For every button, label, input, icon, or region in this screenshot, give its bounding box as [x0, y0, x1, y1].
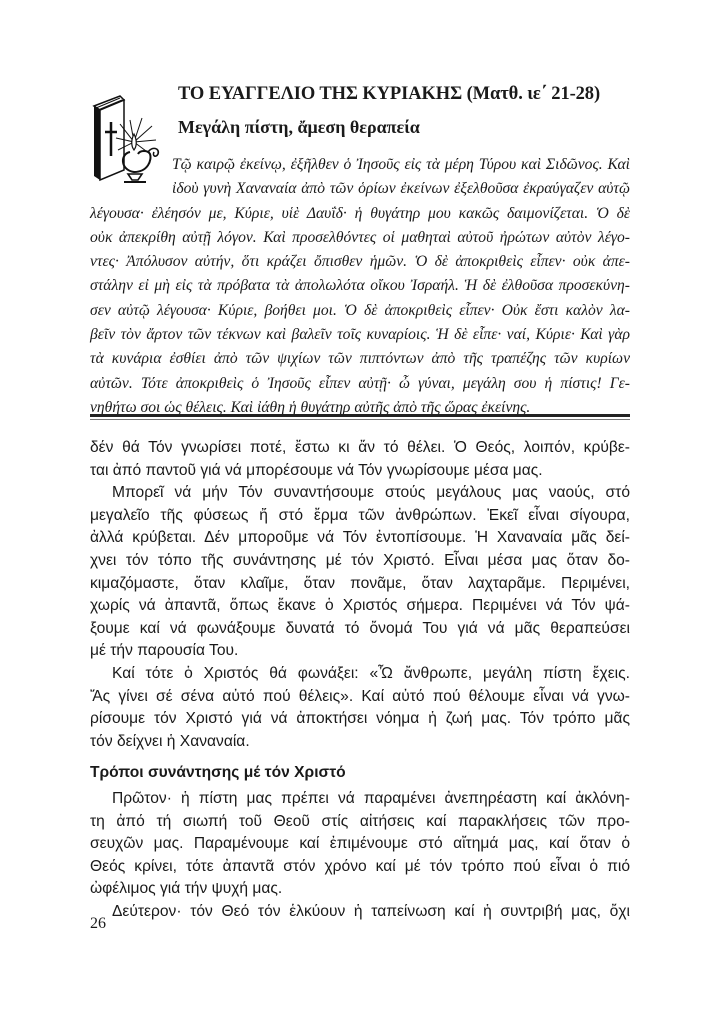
gospel-line: Τῷ καιρῷ ἐκείνῳ, ἐξῆλθεν ὁ Ἰησοῦς εἰς τὰ… [90, 153, 630, 177]
section-divider-thick [90, 414, 630, 417]
body-line: Πρῶτον· ἡ πίστη μας πρέπει νά παραμένει … [90, 788, 630, 811]
body-line: μεγαλεῖο τῆς φύσεως ἤ στό ἔρμα τῶν ἀνθρώ… [90, 505, 630, 528]
body-line: ὠφέλιμος γιά τήν ψυχή μας. [90, 878, 630, 901]
body-line: Θεός κρίνει, τότε ἀπαντᾶ στόν χρόνο καί … [90, 856, 630, 879]
body-line: χνει τόν τόπο τῆς συνάντησης μέ τόν Χρισ… [90, 550, 630, 573]
body-line: σευχῶν μας. Παραμένουμε καί ἐπιμένουμε σ… [90, 833, 630, 856]
page-subtitle: Μεγάλη πίστη, ἄμεση θεραπεία [178, 117, 420, 138]
body-line: Μπορεῖ νά μήν Τόν συναντήσουμε στούς μεγ… [90, 482, 630, 505]
gospel-reading-text: Τῷ καιρῷ ἐκείνῳ, ἐξῆλθεν ὁ Ἰησοῦς εἰς τὰ… [90, 153, 630, 420]
gospel-line: οὐκ ἀπεκρίθη αὐτῇ λόγον. Καὶ προσελθόντε… [90, 226, 630, 250]
book-page: ΤΟ ΕΥΑΓΓΕΛΙΟ ΤΗΣ ΚΥΡΙΑΚΗΣ (Ματθ. ιε΄ 21-… [0, 0, 718, 1024]
body-line: μέ τήν παρουσία Του. [90, 640, 630, 663]
gospel-line: τὰ κυνάρια ἐσθίει ἀπὸ τῶν ψιχίων τῶν πιπ… [90, 347, 630, 371]
body-line: ται ἀπό παντοῦ γιά νά μπορέσουμε νά Τόν … [90, 460, 630, 483]
page-title: ΤΟ ΕΥΑΓΓΕΛΙΟ ΤΗΣ ΚΥΡΙΑΚΗΣ (Ματθ. ιε΄ 21-… [178, 84, 600, 105]
gospel-line: βεῖν τὸν ἄρτον τῶν τέκνων καὶ βαλεῖν τοῖ… [90, 323, 630, 347]
body-line: ἀλλά κρύβεται. Δέν μποροῦμε νά Τόν ἐντοπ… [90, 527, 630, 550]
body-line: ρίσουμε τόν Χριστό γιά νά ἀποκτήσει νόημ… [90, 708, 630, 731]
section-divider-thin [90, 419, 630, 420]
body-line: ξουμε καί νά φωνάξουμε δυνατά τό ὄνομά Τ… [90, 618, 630, 641]
body-line: Καί τότε ὁ Χριστός θά φωνάξει: «Ὦ ἄνθρωπ… [90, 663, 630, 686]
body-line: κιμαζόμαστε, ὅταν κλαῖμε, ὅταν πονᾶμε, ὅ… [90, 573, 630, 596]
section-heading: Τρόποι συνάντησης μέ τόν Χριστό [90, 762, 630, 785]
body-line: τη ἀπό τή σιωπή τοῦ Θεοῦ στίς αἰτήσεις κ… [90, 811, 630, 834]
body-line: τόν δείχνει ἡ Χαναναία. [90, 731, 630, 754]
body-line: χωρίς νά ἀπαντᾶ, ὅπως ἔκανε ὁ Χριστός σή… [90, 595, 630, 618]
body-line: Δεύτερον· τόν Θεό τόν ἑλκύουν ἡ ταπείνωσ… [90, 901, 630, 924]
gospel-line: σεν αὐτῷ λέγουσα· Κύριε, βοήθει μοι. Ὁ δ… [90, 299, 630, 323]
gospel-line: αὐτῶν. Τότε ἀποκριθεὶς ὁ Ἰησοῦς εἶπεν αὐ… [90, 372, 630, 396]
gospel-line: ἰδοὺ γυνὴ Χαναναία ἀπὸ τῶν ὁρίων ἐκείνων… [90, 177, 630, 201]
gospel-line: ντες· Ἀπόλυσον αὐτήν, ὅτι κράζει ὄπισθεν… [90, 250, 630, 274]
body-line: δέν θά Τόν γνωρίσει ποτέ, ἔστω κι ἄν τό … [90, 437, 630, 460]
body-line: Ἄς γίνει σέ σένα αὐτό πού θέλεις». Καί α… [90, 686, 630, 709]
commentary-body: δέν θά Τόν γνωρίσει ποτέ, ἔστω κι ἄν τό … [90, 437, 630, 923]
page-number: 26 [90, 915, 106, 933]
gospel-line: λέγουσα· ἐλέησόν με, Κύριε, υἱὲ Δαυΐδ· ἡ… [90, 202, 630, 226]
gospel-line: στάλην εἰ μὴ εἰς τὰ πρόβατα τὰ ἀπολωλότα… [90, 274, 630, 298]
